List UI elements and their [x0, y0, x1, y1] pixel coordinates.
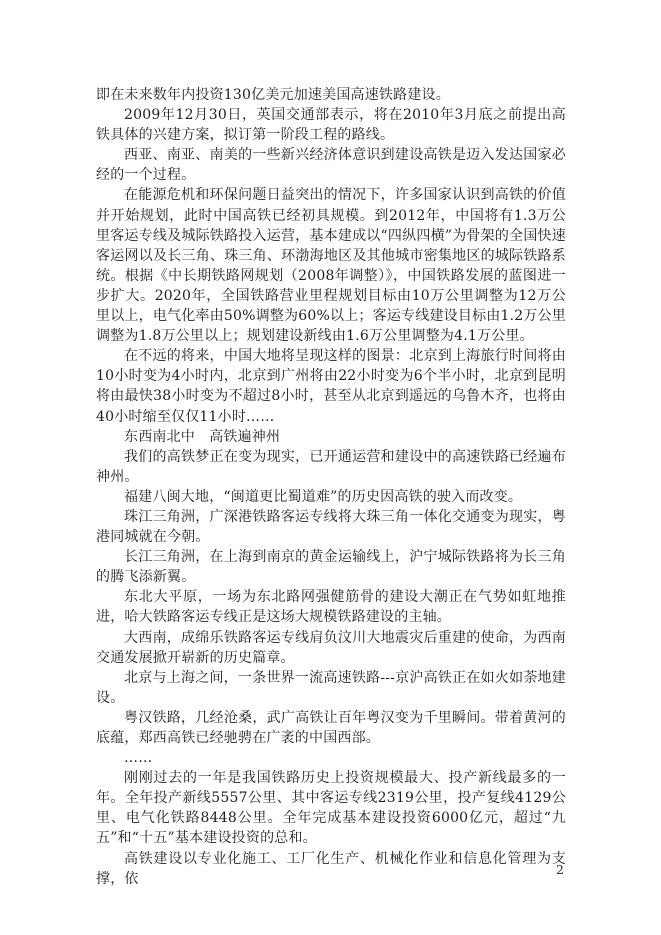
paragraph: 珠江三角洲，广深港铁路客运专线将大珠三角一体化交通变为现实，粤港同城就在今朝。 — [96, 507, 566, 547]
paragraph: 高铁建设以专业化施工、工厂化生产、机械化作业和信息化管理为支撑，依 — [96, 849, 566, 889]
paragraph: 粤汉铁路，几经沧桑，武广高铁让百年粤汉变为千里瞬间。带着黄河的底蕴，郑西高铁已经… — [96, 708, 566, 748]
paragraph: …… — [96, 748, 566, 768]
document-page: 即在未来数年内投资130亿美元加速美国高速铁路建设。2009年12月30日，英国… — [0, 0, 661, 935]
paragraph: 北京与上海之间，一条世界一流高速铁路---京沪高铁正在如火如荼地建设。 — [96, 668, 566, 708]
paragraph: 福建八闽大地，“闽道更比蜀道难”的历史因高铁的驶入而改变。 — [96, 487, 566, 507]
paragraph: 东西南北中 高铁遍神州 — [96, 427, 566, 447]
paragraph: 长江三角洲，在上海到南京的黄金运输线上，沪宁城际铁路将为长三角的腾飞添新翼。 — [96, 547, 566, 587]
page-number: 2 — [556, 862, 564, 877]
document-body: 即在未来数年内投资130亿美元加速美国高速铁路建设。2009年12月30日，英国… — [96, 85, 566, 889]
paragraph: 在不远的将来，中国大地将呈现这样的图景：北京到上海旅行时间将由10小时变为4小时… — [96, 346, 566, 426]
paragraph: 即在未来数年内投资130亿美元加速美国高速铁路建设。 — [96, 85, 566, 105]
paragraph: 刚刚过去的一年是我国铁路历史上投资规模最大、投产新线最多的一年。全年投产新线55… — [96, 768, 566, 848]
paragraph: 我们的高铁梦正在变为现实，已开通运营和建设中的高速铁路已经遍布神州。 — [96, 447, 566, 487]
paragraph: 2009年12月30日，英国交通部表示，将在2010年3月底之前提出高铁具体的兴… — [96, 105, 566, 145]
paragraph: 大西南，成绵乐铁路客运专线肩负汶川大地震灾后重建的使命，为西南交通发展掀开崭新的… — [96, 628, 566, 668]
paragraph: 在能源危机和环保问题日益突出的情况下，许多国家认识到高铁的价值并开始规划，此时中… — [96, 185, 566, 346]
paragraph: 西亚、南亚、南美的一些新兴经济体意识到建设高铁是迈入发达国家必经的一个过程。 — [96, 145, 566, 185]
paragraph: 东北大平原，一场为东北路网强健筋骨的建设大潮正在气势如虹地推进，哈大铁路客运专线… — [96, 587, 566, 627]
